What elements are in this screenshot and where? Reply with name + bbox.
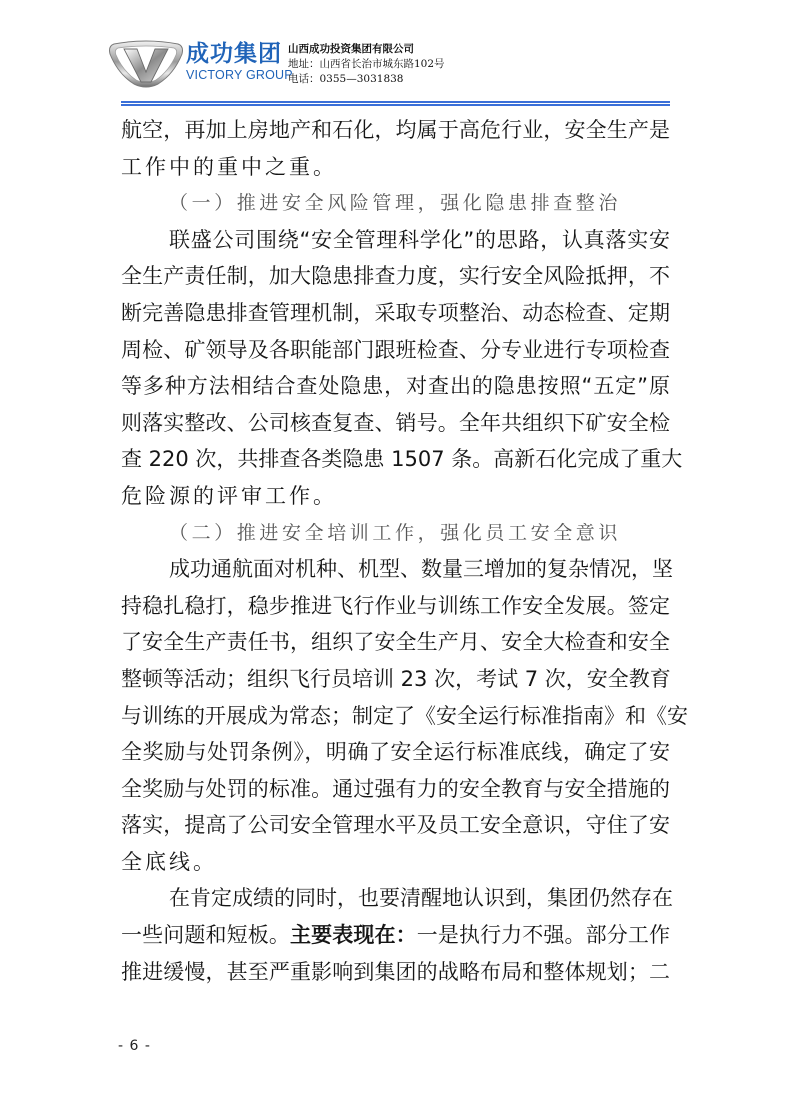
document-page: 成功集团 VICTORY GROUP 山西成功投资集团有限公司 地址：山西省长治… [0, 0, 790, 1118]
document-body: 航空，再加上房地产和石化，均属于高危行业，安全生产是 工作中的重中之重。 （一）… [121, 112, 670, 990]
letterhead: 成功集团 VICTORY GROUP 山西成功投资集团有限公司 地址：山西省长治… [104, 34, 674, 94]
company-phone: 电话：0355—3031838 [288, 72, 445, 87]
paragraph-line: 全奖励与处罚条例》，明确了安全运行标准底线，确定了安 [121, 734, 670, 771]
paragraph-line: 查 220 次，共排查各类隐患 1507 条。高新石化完成了重大 [121, 441, 670, 478]
paragraph-line: 工作中的重中之重。 [121, 149, 670, 186]
logo-name-en: VICTORY GROUP [186, 68, 286, 82]
header-divider [121, 101, 670, 106]
section-heading-1: （一）推进安全风险管理，强化隐患排查整治 [121, 185, 670, 222]
paragraph-line: 在肯定成绩的同时，也要清醒地认识到，集团仍然存在 [121, 880, 670, 917]
company-address: 地址：山西省长治市城东路102号 [288, 57, 445, 72]
paragraph-line: 落实，提高了公司安全管理水平及员工安全意识，守住了安 [121, 807, 670, 844]
logo-name-cn: 成功集团 [186, 42, 286, 66]
company-name: 山西成功投资集团有限公司 [288, 42, 445, 57]
v-shield-emblem-icon [108, 40, 184, 88]
text-span: 一是执行力不强。部分工作 [417, 923, 670, 947]
paragraph-line: 航空，再加上房地产和石化，均属于高危行业，安全生产是 [121, 112, 670, 149]
paragraph-line: 持稳扎稳打，稳步推进飞行作业与训练工作安全发展。签定 [121, 588, 670, 625]
paragraph-line: 全底线。 [121, 844, 670, 881]
text-span: 一些问题和短板。 [121, 923, 290, 947]
paragraph-line: 推进缓慢，甚至严重影响到集团的战略布局和整体规划；二 [121, 954, 670, 991]
paragraph-line: 全生产责任制，加大隐患排查力度，实行安全风险抵押，不 [121, 258, 670, 295]
section-heading-2: （二）推进安全培训工作，强化员工安全意识 [121, 515, 670, 552]
company-info: 山西成功投资集团有限公司 地址：山西省长治市城东路102号 电话：0355—30… [288, 42, 445, 87]
paragraph-line: 一些问题和短板。主要表现在：一是执行力不强。部分工作 [121, 917, 670, 954]
paragraph-line: 周检、矿领导及各职能部门跟班检查、分专业进行专项检查 [121, 332, 670, 369]
paragraph-line: 整顿等活动；组织飞行员培训 23 次，考试 7 次，安全教育 [121, 661, 670, 698]
paragraph-line: 成功通航面对机种、机型、数量三增加的复杂情况，坚 [121, 551, 670, 588]
page-number: - 6 - [118, 1038, 151, 1054]
paragraph-line: 了安全生产责任书，组织了安全生产月、安全大检查和安全 [121, 624, 670, 661]
paragraph-line: 等多种方法相结合查处隐患，对查出的隐患按照“五定”原 [121, 368, 670, 405]
paragraph-line: 危险源的评审工作。 [121, 478, 670, 515]
paragraph-line: 与训练的开展成为常态；制定了《安全运行标准指南》和《安 [121, 698, 670, 735]
paragraph-line: 联盛公司围绕“安全管理科学化”的思路，认真落实安 [121, 222, 670, 259]
paragraph-line: 断完善隐患排查管理机制，采取专项整治、动态检查、定期 [121, 295, 670, 332]
bold-lead-in: 主要表现在： [290, 923, 417, 947]
paragraph-line: 全奖励与处罚的标准。通过强有力的安全教育与安全措施的 [121, 771, 670, 808]
paragraph-line: 则落实整改、公司核查复查、销号。全年共组织下矿安全检 [121, 405, 670, 442]
logo-wordmark: 成功集团 VICTORY GROUP [186, 42, 286, 82]
